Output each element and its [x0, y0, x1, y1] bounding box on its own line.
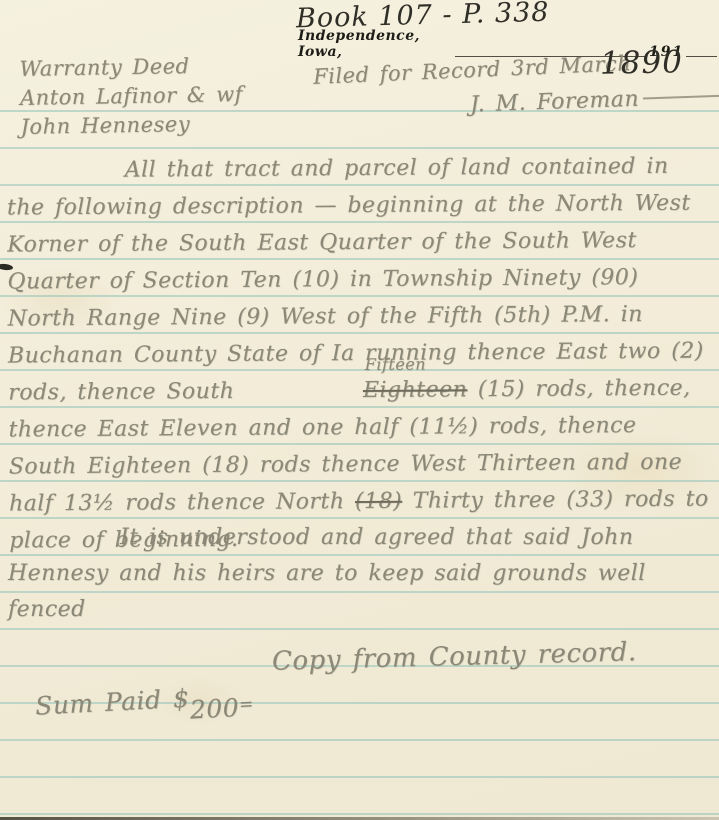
legal-description-paragraph: All that tract and parcel of land contai… [7, 148, 712, 560]
document-type: Warranty Deed [19, 51, 242, 84]
signature-flourish [643, 92, 719, 99]
printed-location: Independence, Iowa, [298, 28, 453, 60]
filed-year: 1890 [600, 44, 684, 81]
struck-word: Eighteen [363, 377, 468, 403]
currency-sign: $ [172, 684, 190, 714]
sum-cents-dashes: = [238, 694, 251, 715]
grantee-name: John Hennesey [20, 109, 243, 142]
correction-above: Fifteen [247, 357, 426, 374]
sum-amount: 200 [189, 693, 240, 725]
blank-year-line [686, 55, 717, 57]
parties-block: Warranty Deed Anton Lafinor & wf John He… [19, 51, 243, 142]
struck-number: (18) [355, 489, 402, 514]
ledger-page: Book 107 - P. 338 Independence, Iowa, 19… [0, 0, 719, 820]
grantor-name: Anton Lafinor & wf [20, 80, 243, 113]
corrected-word: FifteenEighteen [245, 371, 468, 410]
agreement-paragraph: It is understood and agreed that said Jo… [8, 520, 658, 628]
